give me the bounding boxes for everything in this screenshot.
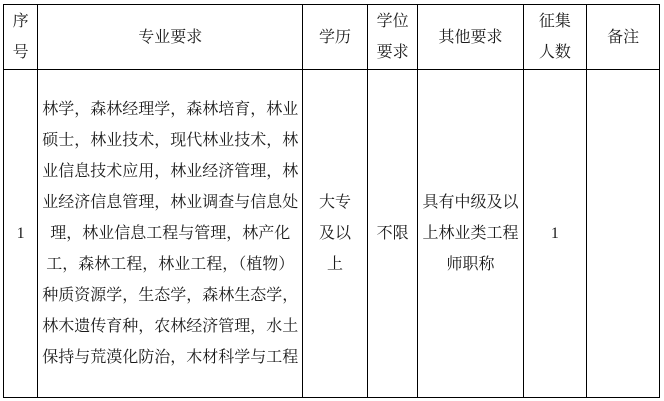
table-row: 1 林学，森林经理学，森林培育，林业硕士，林业技术，现代林业技术，林业信息技术应… (4, 70, 660, 398)
recruitment-requirements-table: 序 号 专业要求 学历 学位 要求 其他要求 征集 人数 备注 1 林学，森林经… (3, 4, 660, 398)
cell-major-requirements: 林学，森林经理学，森林培育，林业硕士，林业技术，现代林业技术，林业信息技术应用，… (38, 70, 303, 398)
header-major-requirements: 专业要求 (38, 5, 303, 70)
header-degree-requirements: 学位 要求 (367, 5, 418, 70)
cell-other-requirements: 具有中级及以 上林业类工程 师职称 (418, 70, 523, 398)
header-remarks: 备注 (587, 5, 660, 70)
header-seq-number: 序 号 (4, 5, 38, 70)
cell-degree-requirements: 不限 (367, 70, 418, 398)
header-recruit-count: 征集 人数 (523, 5, 587, 70)
cell-education: 大专 及以 上 (303, 70, 368, 398)
cell-remarks (587, 70, 660, 398)
cell-seq-number: 1 (4, 70, 38, 398)
header-other-requirements: 其他要求 (418, 5, 523, 70)
header-education: 学历 (303, 5, 368, 70)
document-page: 序 号 专业要求 学历 学位 要求 其他要求 征集 人数 备注 1 林学，森林经… (0, 0, 664, 401)
cell-recruit-count: 1 (523, 70, 587, 398)
table-header-row: 序 号 专业要求 学历 学位 要求 其他要求 征集 人数 备注 (4, 5, 660, 70)
